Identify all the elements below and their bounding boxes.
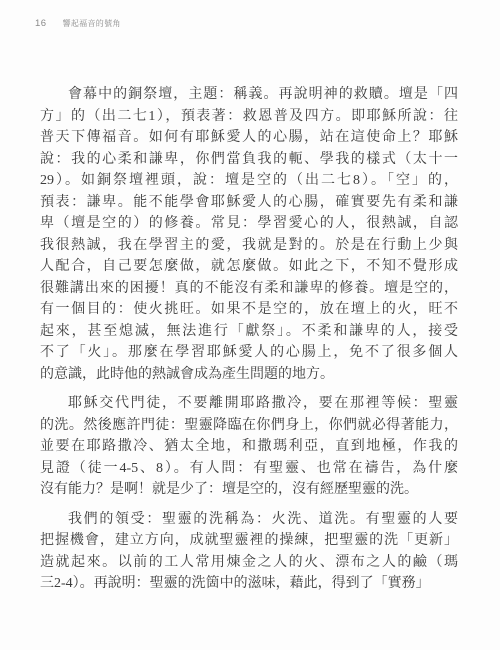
text-line: 方」的（出二七1），預表著：救恩普及四方。即耶穌所說：往	[40, 106, 458, 128]
page-body: 會幕中的銅祭壇，主題：稱義。再說明神的救贖。壇是「四方」的（出二七1），預表著：…	[40, 84, 458, 595]
text-line: 29）。如銅祭壇裡頭，說：壇是空的（出二七8）。「空」的，	[40, 170, 458, 192]
text-line: 三2-4）。再說明：聖靈的洗箇中的滋味，藉此，得到了「實務」	[40, 573, 458, 595]
text-line: 卑（壇是空的）的修養。常見：學習愛心的人，很熱誠，自認	[40, 213, 458, 235]
text-line: 說：我的心柔和謙卑，你們當負我的軛、學我的樣式（太十一	[40, 149, 458, 171]
text-line: 把握機會，建立方向，成就聖靈裡的操練，把聖靈的洗「更新」	[40, 530, 458, 552]
text-line: 見證（徒一4-5、8）。有人問：有聖靈、也常在禱告，為什麼	[40, 458, 458, 480]
text-line: 我很熱誠，我在學習主的愛，我就是對的。於是在行動上少與	[40, 235, 458, 257]
running-title: 響起福音的號角	[63, 18, 121, 29]
text-line: 沒有能力？是啊！就是少了：壇是空的，沒有經歷聖靈的洗。	[40, 479, 458, 501]
text-line: 並要在耶路撒冷、猶太全地，和撒瑪利亞，直到地極，作我的	[40, 436, 458, 458]
text-line: 我們的領受：聖靈的洗稱為：火洗、道洗。有聖靈的人要	[40, 509, 458, 531]
text-line: 起來，甚至熄滅，無法進行「獻祭」。不柔和謙卑的人，接受	[40, 321, 458, 343]
paragraph: 耶穌交代門徒，不要離開耶路撒冷，要在那裡等候：聖靈的洗。然後應許門徒：聖靈降臨在…	[40, 393, 458, 501]
text-line: 不了「火」。那麼在學習耶穌愛人的心腸上，免不了很多個人	[40, 342, 458, 364]
text-line: 人配合，自己要怎麼做，就怎麼做。如此之下，不知不覺形成	[40, 256, 458, 278]
text-line: 的意識，此時他的熱誠會成為產生問題的地方。	[40, 364, 458, 386]
paragraph: 我們的領受：聖靈的洗稱為：火洗、道洗。有聖靈的人要把握機會，建立方向，成就聖靈裡…	[40, 509, 458, 595]
text-line: 普天下傳福音。如何有耶穌愛人的心腸，站在這使命上？耶穌	[40, 127, 458, 149]
text-line: 的洗。然後應許門徒：聖靈降臨在你們身上，你們就必得著能力，	[40, 415, 458, 437]
paragraph: 會幕中的銅祭壇，主題：稱義。再說明神的救贖。壇是「四方」的（出二七1），預表著：…	[40, 84, 458, 385]
book-page: 16 響起福音的號角 會幕中的銅祭壇，主題：稱義。再說明神的救贖。壇是「四方」的…	[0, 0, 500, 650]
text-line: 耶穌交代門徒，不要離開耶路撒冷，要在那裡等候：聖靈	[40, 393, 458, 415]
text-line: 有一個目的：使火挑旺。如果不是空的，放在壇上的火，旺不	[40, 299, 458, 321]
text-line: 很難講出來的困擾！真的不能沒有柔和謙卑的修養。壇是空的，	[40, 278, 458, 300]
page-number: 16	[35, 18, 47, 29]
text-line: 預表：謙卑。能不能學會耶穌愛人的心腸，確實要先有柔和謙	[40, 192, 458, 214]
text-line: 造就起來。以前的工人常用煉金之人的火、漂布之人的鹼（瑪	[40, 552, 458, 574]
text-line: 會幕中的銅祭壇，主題：稱義。再說明神的救贖。壇是「四	[40, 84, 458, 106]
page-header: 16 響起福音的號角	[35, 18, 121, 29]
